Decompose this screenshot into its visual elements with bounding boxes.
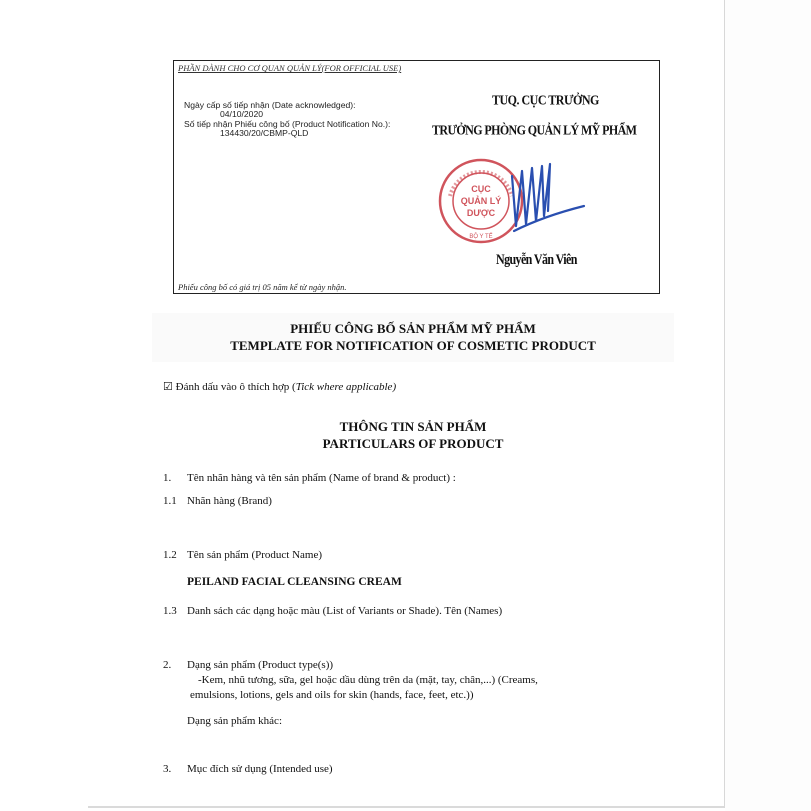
document-page: PHẦN DÀNH CHO CƠ QUAN QUẢN LÝ(FOR OFFICI… — [0, 0, 725, 808]
tick-instruction-english: Tick where applicable) — [296, 381, 396, 393]
page-bottom-edge — [88, 806, 724, 808]
item-2: 2.Dạng sản phẩm (Product type(s)) — [163, 659, 333, 671]
signer-name: Nguyễn Văn Viên — [496, 251, 577, 269]
validity-note: Phiếu công bố có giá trị 05 năm kể từ ng… — [178, 282, 346, 292]
acknowledgement-block: Ngày cấp số tiếp nhận (Date acknowledged… — [184, 101, 390, 139]
product-type-option-cont: emulsions, lotions, gels and oils for sk… — [190, 689, 474, 701]
stamp-line-2: QUẢN LÝ — [461, 195, 502, 206]
notification-number-value: 134430/20/CBMP-QLD — [184, 129, 390, 138]
form-title: PHIẾU CÔNG BỐ SẢN PHẨM MỸ PHẨM TEMPLATE … — [152, 313, 674, 362]
signature-icon — [504, 156, 594, 236]
tick-instruction: ☑ Đánh dấu vào ô thích hợp (Tick where a… — [163, 380, 396, 393]
form-title-vietnamese: PHIẾU CÔNG BỐ SẢN PHẨM MỸ PHẨM — [152, 320, 674, 337]
section-title: THÔNG TIN SẢN PHẨM PARTICULARS OF PRODUC… — [152, 418, 674, 452]
section-title-english: PARTICULARS OF PRODUCT — [152, 435, 674, 452]
official-use-box: PHẦN DÀNH CHO CƠ QUAN QUẢN LÝ(FOR OFFICI… — [173, 60, 660, 294]
product-type-option: -Kem, nhũ tương, sữa, gel hoặc dầu dùng … — [198, 674, 538, 686]
viewer-margin — [725, 0, 811, 811]
tick-instruction-text: Đánh dấu vào ô thích hợp ( — [176, 381, 296, 393]
signatory-title-1: TUQ. CỤC TRƯỞNG — [492, 92, 599, 109]
other-product-type: Dạng sản phẩm khác: — [187, 715, 282, 727]
item-1: 1.Tên nhãn hàng và tên sản phẩm (Name of… — [163, 472, 456, 484]
item-3: 3.Mục đích sử dụng (Intended use) — [163, 763, 333, 775]
checked-box-icon: ☑ — [163, 381, 173, 393]
stamp-bottom-text: BỘ Y TẾ — [469, 233, 492, 240]
official-use-title: PHẦN DÀNH CHO CƠ QUAN QUẢN LÝ(FOR OFFICI… — [178, 63, 401, 73]
item-1-1: 1.1Nhãn hàng (Brand) — [163, 495, 272, 507]
section-title-vietnamese: THÔNG TIN SẢN PHẨM — [152, 418, 674, 435]
stamp-line-1: CỤC — [471, 184, 491, 194]
item-1-3: 1.3Danh sách các dạng hoặc màu (List of … — [163, 605, 502, 617]
stamp-line-3: DƯỢC — [467, 208, 496, 218]
product-name-value: PEILAND FACIAL CLEANSING CREAM — [187, 576, 402, 588]
date-acknowledged-label: Ngày cấp số tiếp nhận (Date acknowledged… — [184, 101, 390, 110]
form-title-english: TEMPLATE FOR NOTIFICATION OF COSMETIC PR… — [152, 337, 674, 354]
item-1-2: 1.2Tên sản phẩm (Product Name) — [163, 549, 322, 561]
signatory-title-2: TRƯỞNG PHÒNG QUẢN LÝ MỸ PHẨM — [432, 122, 636, 139]
